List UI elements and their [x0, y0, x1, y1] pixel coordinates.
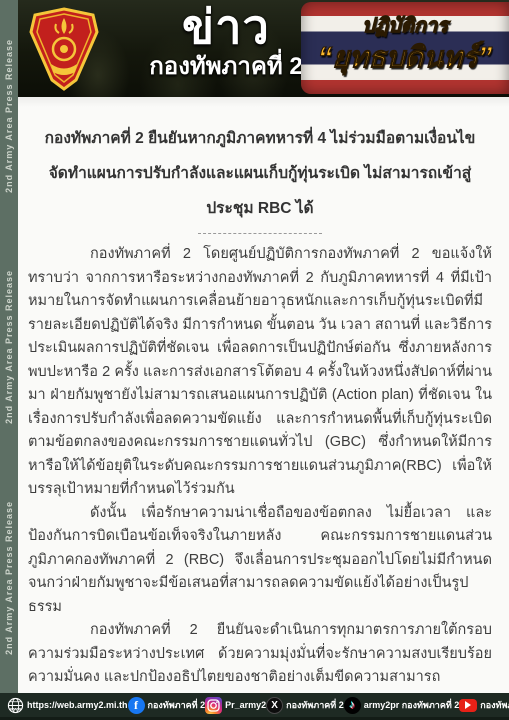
facebook-icon: f [128, 697, 145, 714]
youtube-icon [459, 699, 477, 712]
svg-text:www: www [9, 707, 21, 712]
unit-name: กองทัพภาคที่ 2 [131, 53, 321, 81]
tiktok-handle: army2pr กองทัพภาคที่ 2 [364, 698, 460, 712]
footer-item-tiktok: ♪ army2pr กองทัพภาคที่ 2 [344, 697, 460, 714]
youtube-handle: กองทัพภาคที่ 2 [480, 698, 509, 712]
army-crest-logo [29, 6, 99, 92]
document-title: กองทัพภาคที่ 2 ยืนยันหากภูมิภาคทหารที่ 4… [28, 121, 492, 226]
header-title-block: ข่าว กองทัพภาคที่ 2 [131, 2, 321, 81]
footer-item-website: www https://web.army2.mi.th [7, 697, 128, 714]
x-icon: X [266, 697, 283, 714]
sidebar-watermark-text: 2nd Army Area Press Release [4, 501, 14, 655]
footer-item-facebook: f กองทัพภาคที่ 2 [128, 697, 206, 714]
operation-label: ปฏิบัติการ [362, 16, 448, 37]
operation-flag-banner: ปฏิบัติการ “ยุทธบดินทร์” [301, 2, 509, 94]
footer-social-bar: www https://web.army2.mi.th f กองทัพภาคท… [0, 693, 509, 720]
document-title-line1: กองทัพภาคที่ 2 ยืนยันหากภูมิภาคทหารที่ 4… [45, 130, 476, 147]
paragraph-3: กองทัพภาคที่ 2 ยืนยันจะดำเนินการทุกมาตรก… [28, 619, 492, 690]
document-paragraphs: กองทัพภาคที่ 2 โดยศูนย์ปฏิบัติการกองทัพภ… [28, 243, 492, 690]
press-release-page: 2nd Army Area Press Release 2nd Army Are… [0, 0, 509, 720]
news-word: ข่าว [131, 2, 321, 52]
instagram-handle: Pr_army2 [225, 700, 266, 710]
tiktok-icon: ♪ [344, 697, 361, 714]
website-url: https://web.army2.mi.th [27, 700, 128, 710]
footer-item-youtube: กองทัพภาคที่ 2 [459, 698, 509, 712]
dashed-separator-top [198, 233, 322, 234]
sidebar-watermark-text: 2nd Army Area Press Release [4, 270, 14, 424]
globe-icon: www [7, 697, 24, 714]
facebook-handle: กองทัพภาคที่ 2 [148, 698, 206, 712]
document-title-line2: จัดทำแผนการปรับกำลังและแผนเก็บกู้ทุ่นระเ… [49, 165, 472, 217]
operation-name: “ยุทธบดินทร์” [318, 43, 493, 73]
sidebar-watermark-bar: 2nd Army Area Press Release 2nd Army Are… [0, 0, 18, 693]
paragraph-2: ดังนั้น เพื่อรักษาความน่าเชื่อถือของข้อต… [28, 502, 492, 620]
header-banner: ข่าว กองทัพภาคที่ 2 ปฏิบัติการ “ยุทธบดิน… [18, 0, 509, 97]
instagram-icon [205, 697, 222, 714]
tiktok-note-glyph: ♪ [349, 699, 355, 711]
x-handle: กองทัพภาคที่ 2 [286, 698, 344, 712]
youtube-play-triangle [465, 701, 471, 709]
footer-item-x: X กองทัพภาคที่ 2 [266, 697, 344, 714]
press-release-body: กองทัพภาคที่ 2 ยืนยันหากภูมิภาคทหารที่ 4… [18, 97, 509, 693]
paragraph-1: กองทัพภาคที่ 2 โดยศูนย์ปฏิบัติการกองทัพภ… [28, 243, 492, 502]
sidebar-watermark-text: 2nd Army Area Press Release [4, 39, 14, 193]
footer-item-instagram: Pr_army2 [205, 697, 266, 714]
